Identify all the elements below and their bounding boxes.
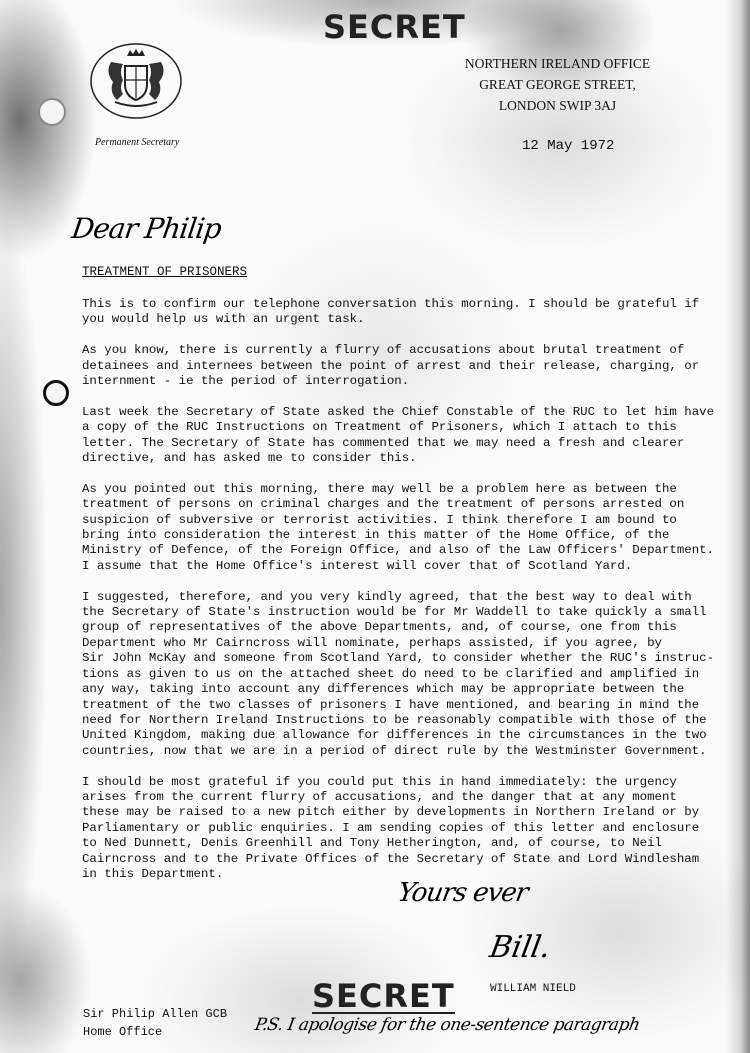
addressee-block: Sir Philip Allen GCB Home Office — [83, 1005, 227, 1041]
body-line: letter. The Secretary of State has comme… — [82, 436, 744, 451]
body-line: Cairncross and to the Private Offices of… — [82, 852, 744, 867]
letterhead-address: NORTHERN IRELAND OFFICE GREAT GEORGE STR… — [450, 53, 665, 116]
body-line: This is to confirm our telephone convers… — [82, 297, 744, 312]
body-line: arises from the current flurry of accusa… — [82, 790, 744, 805]
signatory-name: WILLIAM NIELD — [490, 983, 576, 995]
body-paragraph: I should be most grateful if you could p… — [82, 775, 744, 883]
body-line: Department who Mr Cairncross will nomina… — [82, 636, 744, 651]
body-line: you would help us with an urgent task. — [82, 312, 744, 327]
body-line: treatment of persons on criminal charges… — [82, 497, 744, 512]
subject-heading: TREATMENT OF PRISONERS — [82, 265, 247, 279]
body-line: countries, now that we are in a period o… — [82, 744, 744, 759]
letter-date: 12 May 1972 — [522, 138, 614, 154]
punch-hole-icon — [43, 380, 69, 406]
body-line: need for Northern Ireland Instructions t… — [82, 713, 744, 728]
body-line: I should be most grateful if you could p… — [82, 775, 744, 790]
body-line: detainees and internees between the poin… — [82, 359, 744, 374]
body-line: the Secretary of State's instruction wou… — [82, 605, 744, 620]
address-line: GREAT GEORGE STREET, — [450, 74, 665, 95]
handwritten-valediction: Yours ever — [395, 878, 530, 908]
body-line: to Ned Dunnett, Denis Greenhill and Tony… — [82, 836, 744, 851]
handwritten-signature: Bill. — [487, 930, 554, 965]
royal-crest-icon — [89, 42, 183, 120]
body-line: any way, taking into account any differe… — [82, 682, 744, 697]
body-line: group of representatives of the above De… — [82, 620, 744, 635]
body-paragraph: As you pointed out this morning, there m… — [82, 482, 744, 574]
addressee-org: Home Office — [83, 1023, 227, 1041]
body-line: As you know, there is currently a flurry… — [82, 343, 744, 358]
classification-stamp-bottom: SECRET — [312, 980, 455, 1014]
body-line: Ministry of Defence, of the Foreign Offi… — [82, 543, 744, 558]
body-line: I assume that the Home Office's interest… — [82, 559, 744, 574]
address-line: LONDON SWIP 3AJ — [450, 95, 665, 116]
punch-hole-icon — [38, 98, 66, 126]
address-line: NORTHERN IRELAND OFFICE — [450, 53, 665, 74]
body-line: internment - ie the period of interrogat… — [82, 374, 744, 389]
body-line: Sir John McKay and someone from Scotland… — [82, 651, 744, 666]
letter-body: This is to confirm our telephone convers… — [82, 297, 744, 898]
handwritten-salutation: Dear Philip — [70, 212, 223, 245]
body-paragraph: As you know, there is currently a flurry… — [82, 343, 744, 389]
body-line: tions as given to us on the attached she… — [82, 667, 744, 682]
body-line: a copy of the RUC Instructions on Treatm… — [82, 420, 744, 435]
body-paragraph: I suggested, therefore, and you very kin… — [82, 590, 744, 759]
body-line: directive, and has asked me to consider … — [82, 451, 744, 466]
body-paragraph: Last week the Secretary of State asked t… — [82, 405, 744, 467]
sender-title: Permanent Secretary — [95, 137, 179, 148]
body-line: United Kingdom, making due allowance for… — [82, 728, 744, 743]
body-line: As you pointed out this morning, there m… — [82, 482, 744, 497]
body-line: Last week the Secretary of State asked t… — [82, 405, 744, 420]
classification-stamp-top: SECRET — [323, 8, 466, 46]
body-line: Parliamentary or public enquiries. I am … — [82, 821, 744, 836]
body-line: bring into consideration the interest in… — [82, 528, 744, 543]
addressee-name: Sir Philip Allen GCB — [83, 1005, 227, 1023]
handwritten-postscript: P.S. I apologise for the one-sentence pa… — [253, 1015, 641, 1035]
body-line: I suggested, therefore, and you very kin… — [82, 590, 744, 605]
body-paragraph: This is to confirm our telephone convers… — [82, 297, 744, 328]
body-line: suspicion of subversive or terrorist act… — [82, 513, 744, 528]
body-line: these may be raised to a new pitch eithe… — [82, 805, 744, 820]
body-line: treatment of the two classes of prisoner… — [82, 698, 744, 713]
